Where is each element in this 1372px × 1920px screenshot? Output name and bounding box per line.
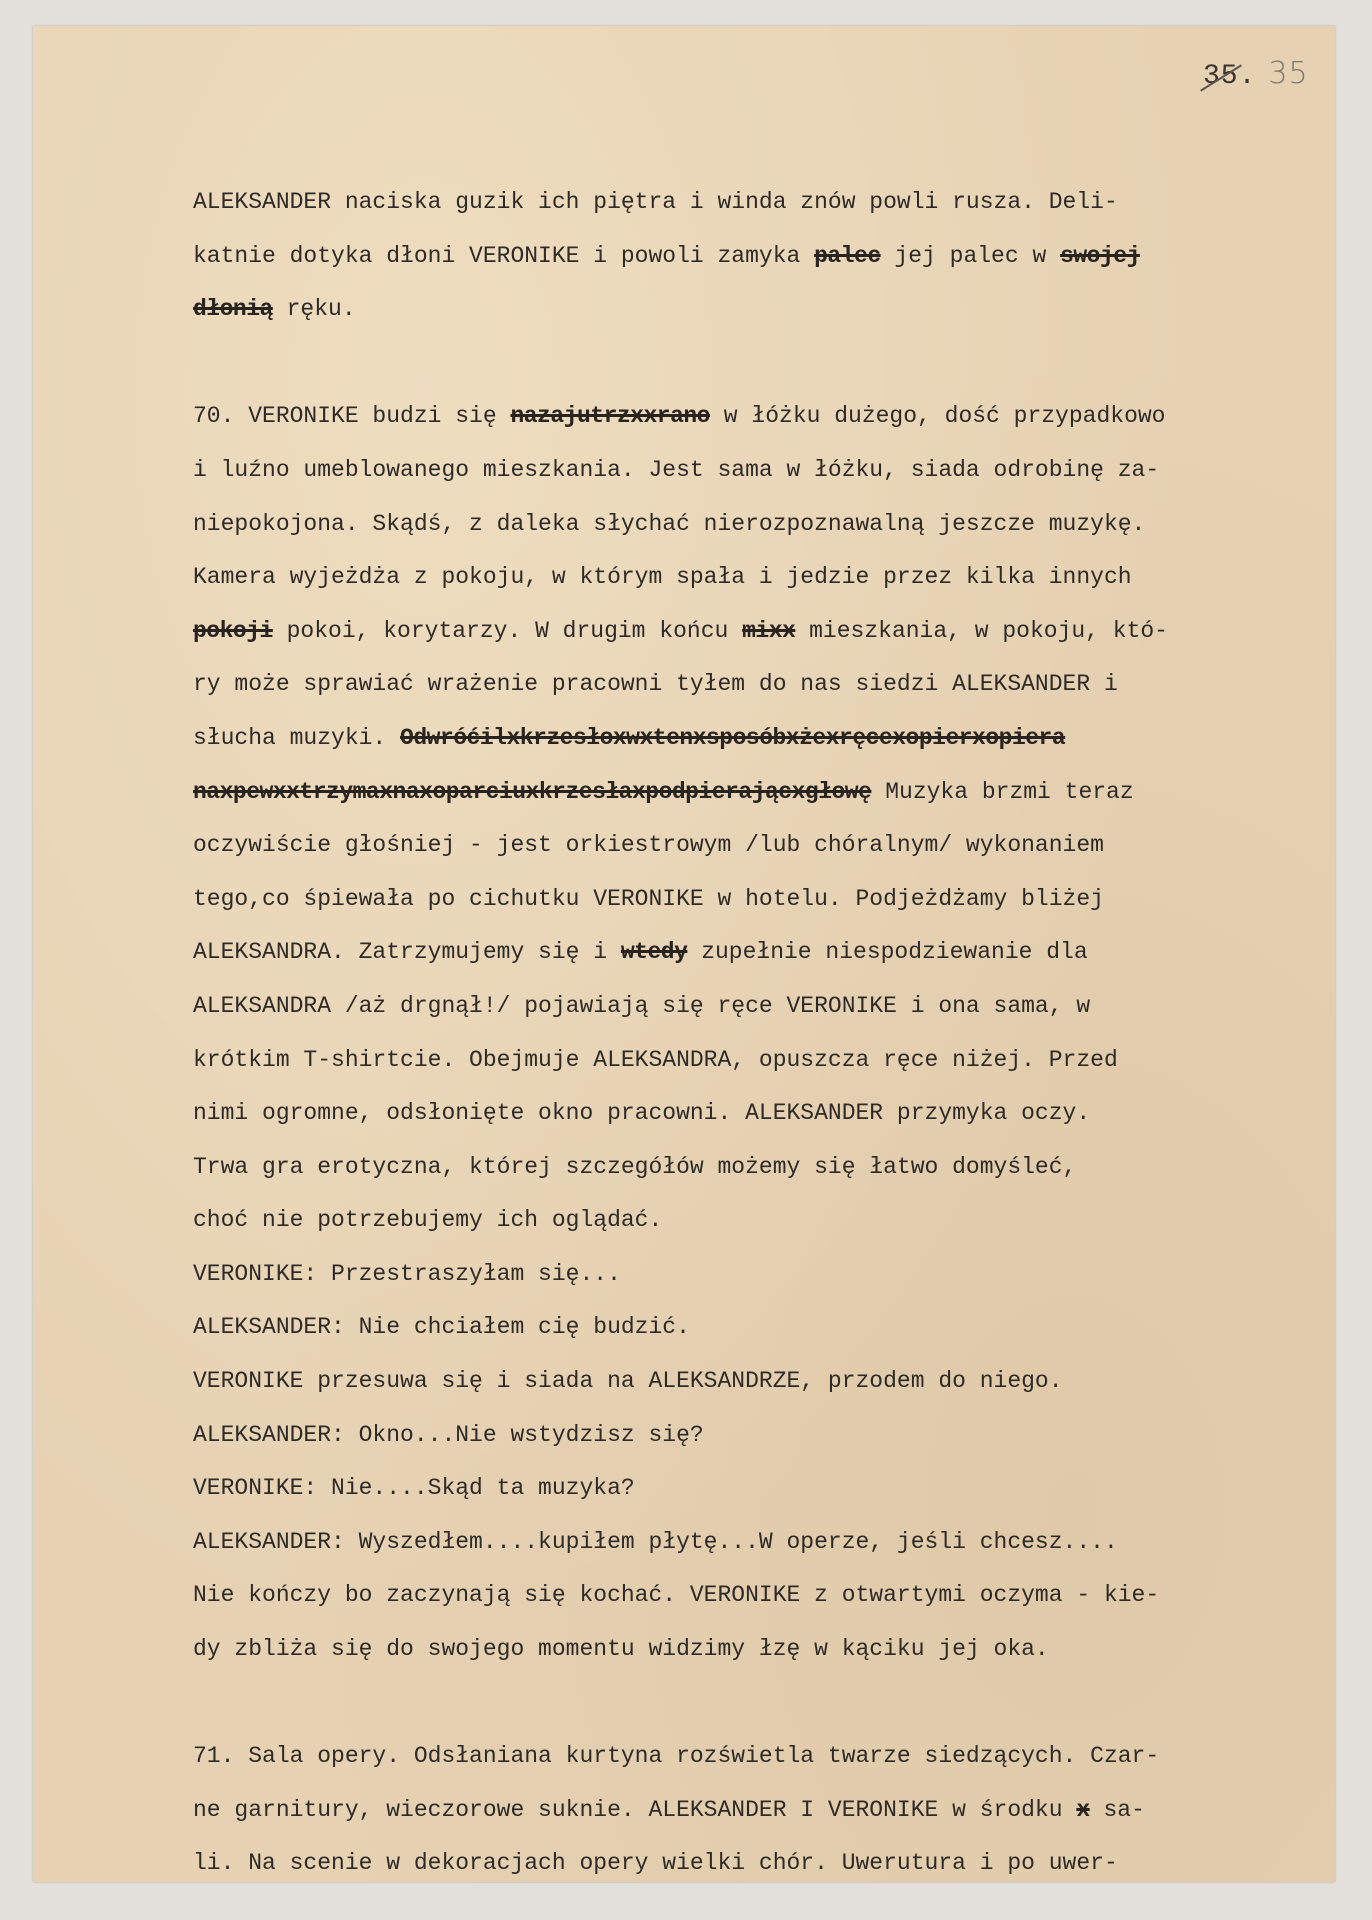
typed-text: ry może sprawiać wrażenie pracowni tyłem… (193, 671, 1118, 697)
typed-text: w łóżku dużego, dość przypadkowo (710, 403, 1165, 429)
struck-out-text: swojej (1060, 243, 1140, 269)
typed-text: ne garnitury, wieczorowe suknie. ALEKSAN… (193, 1797, 1076, 1823)
typed-text: katnie dotyka dłoni VERONIKE i powoli za… (193, 243, 814, 269)
typed-text: 70. VERONIKE budzi się (193, 403, 510, 429)
struck-out-text: Odwróćilxkrzesłoxwxtenxsposóbxżexręcexop… (400, 725, 1065, 751)
typed-text: pokoi, korytarzy. W drugim końcu (273, 618, 742, 644)
typed-text: mieszkania, w pokoju, któ- (795, 618, 1168, 644)
text-line: ALEKSANDER: Okno...Nie wstydzisz się? (193, 1409, 1323, 1463)
text-line: ALEKSANDRA /aż drgnął!/ pojawiają się rę… (193, 980, 1323, 1034)
text-line: ry może sprawiać wrażenie pracowni tyłem… (193, 658, 1323, 712)
text-line: i luźno umeblowanego mieszkania. Jest sa… (193, 444, 1323, 498)
text-line: dłonią ręku. (193, 283, 1323, 337)
text-line: VERONIKE: Przestraszyłam się... (193, 1248, 1323, 1302)
typed-text: Kamera wyjeżdża z pokoju, w którym spała… (193, 564, 1132, 590)
typed-text: ALEKSANDER: Nie chciałem cię budzić. (193, 1314, 690, 1340)
blank-line (193, 337, 1323, 391)
struck-out-text: naxpewxxtrzymaxnaxoparciuxkrzesłaxpodpie… (193, 779, 871, 805)
struck-out-text: wtedy (621, 939, 688, 965)
page-number: 35.35 (1203, 56, 1309, 92)
text-line: Nie kończy bo zaczynają się kochać. VERO… (193, 1569, 1323, 1623)
typed-text: Trwa gra erotyczna, której szczegółów mo… (193, 1154, 1076, 1180)
typed-text: sa- (1090, 1797, 1145, 1823)
text-line: Kamera wyjeżdża z pokoju, w którym spała… (193, 551, 1323, 605)
typed-text: choć nie potrzebujemy ich oglądać. (193, 1207, 662, 1233)
struck-out-text: palec (814, 243, 881, 269)
typed-text: VERONIKE: Nie....Skąd ta muzyka? (193, 1475, 635, 1501)
manuscript-body: ALEKSANDER naciska guzik ich piętra i wi… (193, 176, 1323, 1891)
text-line: VERONIKE przesuwa się i siada na ALEKSAN… (193, 1355, 1323, 1409)
struck-out-text: dłonią (193, 296, 273, 322)
typed-text: 71. Sala opery. Odsłaniana kurtyna rozśw… (193, 1743, 1159, 1769)
text-line: li. Na scenie w dekoracjach opery wielki… (193, 1837, 1323, 1891)
text-line: 70. VERONIKE budzi się nazajutrzxxrano w… (193, 390, 1323, 444)
typed-text: VERONIKE: Przestraszyłam się... (193, 1261, 621, 1287)
text-line: dy zbliża się do swojego momentu widzimy… (193, 1623, 1323, 1677)
text-line: ALEKSANDER: Nie chciałem cię budzić. (193, 1301, 1323, 1355)
typed-text: słucha muzyki. (193, 725, 400, 751)
struck-out-text: x (1076, 1797, 1089, 1823)
typed-text: oczywiście głośniej - jest orkiestrowym … (193, 832, 1104, 858)
text-line: Trwa gra erotyczna, której szczegółów mo… (193, 1141, 1323, 1195)
blank-line (193, 1677, 1323, 1731)
text-line: ALEKSANDRA. Zatrzymujemy się i wtedy zup… (193, 926, 1323, 980)
typed-text: jej palec w (881, 243, 1060, 269)
text-line: 71. Sala opery. Odsłaniana kurtyna rozśw… (193, 1730, 1323, 1784)
text-line: ALEKSANDER: Wyszedłem....kupiłem płytę..… (193, 1516, 1323, 1570)
typed-text: li. Na scenie w dekoracjach opery wielki… (193, 1850, 1118, 1876)
struck-out-text: nazajutrzxxrano (510, 403, 710, 429)
typed-text: dy zbliża się do swojego momentu widzimy… (193, 1636, 1049, 1662)
typed-text: ALEKSANDRA. Zatrzymujemy się i (193, 939, 621, 965)
text-line: krótkim T-shirtcie. Obejmuje ALEKSANDRA,… (193, 1034, 1323, 1088)
typed-text: ALEKSANDRA /aż drgnął!/ pojawiają się rę… (193, 993, 1090, 1019)
text-line: pokoji pokoi, korytarzy. W drugim końcu … (193, 605, 1323, 659)
typed-text: i luźno umeblowanego mieszkania. Jest sa… (193, 457, 1159, 483)
page-number-typed: 35. (1203, 61, 1256, 92)
text-line: ALEKSANDER naciska guzik ich piętra i wi… (193, 176, 1323, 230)
text-line: naxpewxxtrzymaxnaxoparciuxkrzesłaxpodpie… (193, 766, 1323, 820)
typed-text: ALEKSANDER: Okno...Nie wstydzisz się? (193, 1422, 704, 1448)
text-line: oczywiście głośniej - jest orkiestrowym … (193, 819, 1323, 873)
text-line: niepokojona. Skądś, z daleka słychać nie… (193, 498, 1323, 552)
typed-text: VERONIKE przesuwa się i siada na ALEKSAN… (193, 1368, 1063, 1394)
struck-out-text: pokoji (193, 618, 273, 644)
text-line: katnie dotyka dłoni VERONIKE i powoli za… (193, 230, 1323, 284)
text-line: VERONIKE: Nie....Skąd ta muzyka? (193, 1462, 1323, 1516)
text-line: słucha muzyki. Odwróćilxkrzesłoxwxtenxsp… (193, 712, 1323, 766)
page-number-pencil: 35 (1268, 56, 1308, 91)
typed-text: ręku. (273, 296, 356, 322)
typed-text: ALEKSANDER: Wyszedłem....kupiłem płytę..… (193, 1529, 1118, 1555)
text-line: tego,co śpiewała po cichutku VERONIKE w … (193, 873, 1323, 927)
text-line: choć nie potrzebujemy ich oglądać. (193, 1194, 1323, 1248)
typed-text: tego,co śpiewała po cichutku VERONIKE w … (193, 886, 1104, 912)
text-line: nimi ogromne, odsłonięte okno pracowni. … (193, 1087, 1323, 1141)
typed-text: Muzyka brzmi teraz (871, 779, 1133, 805)
typed-text: niepokojona. Skądś, z daleka słychać nie… (193, 511, 1145, 537)
text-line: ne garnitury, wieczorowe suknie. ALEKSAN… (193, 1784, 1323, 1838)
typed-text: zupełnie niespodziewanie dla (687, 939, 1087, 965)
typed-text: nimi ogromne, odsłonięte okno pracowni. … (193, 1100, 1090, 1126)
typed-text: krótkim T-shirtcie. Obejmuje ALEKSANDRA,… (193, 1047, 1118, 1073)
typed-text: ALEKSANDER naciska guzik ich piętra i wi… (193, 189, 1118, 215)
struck-out-text: mixx (742, 618, 795, 644)
typed-text: Nie kończy bo zaczynają się kochać. VERO… (193, 1582, 1159, 1608)
